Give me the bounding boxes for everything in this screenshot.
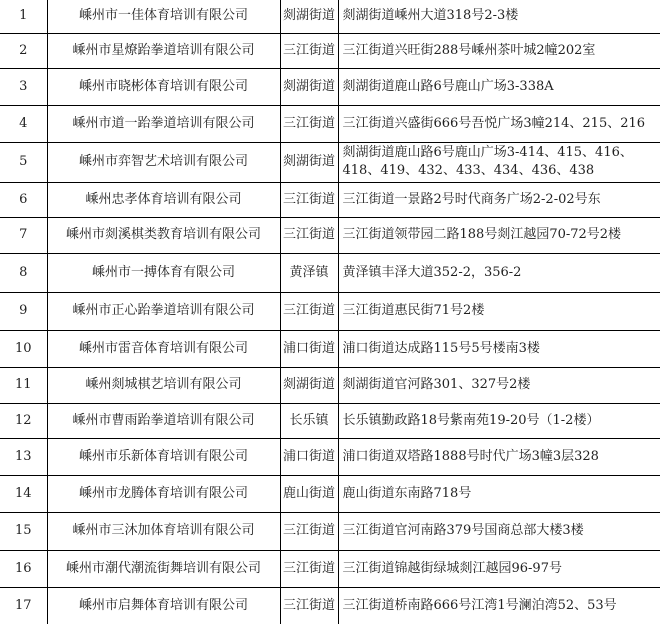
address-cell: 三江街道一景路2号时代商务广场2-2-02号东 — [338, 182, 660, 217]
company-name-cell: 嵊州市晓彬体育培训有限公司 — [47, 68, 280, 105]
address-cell: 剡湖街道鹿山路6号鹿山广场3-414、415、416、418、419、432、4… — [338, 142, 660, 182]
street-cell: 剡湖街道 — [280, 68, 338, 105]
company-name-cell: 嵊州市启舞体育培训有限公司 — [47, 587, 280, 624]
training-companies-table: 1 嵊州市一佳体育培训有限公司 剡湖街道 剡湖街道嵊州大道318号2-3楼 2 … — [0, 0, 660, 624]
row-number-cell: 5 — [0, 142, 47, 182]
table-row: 6 嵊州忠孝体育培训有限公司 三江街道 三江街道一景路2号时代商务广场2-2-0… — [0, 182, 660, 217]
street-cell: 鹿山街道 — [280, 475, 338, 512]
table-row: 17 嵊州市启舞体育培训有限公司 三江街道 三江街道桥南路666号江湾1号澜泊湾… — [0, 587, 660, 624]
company-name-cell: 嵊州市正心跆拳道培训有限公司 — [47, 292, 280, 330]
row-number-cell: 2 — [0, 33, 47, 68]
company-name-cell: 嵊州市三沐加体育培训有限公司 — [47, 512, 280, 550]
company-name-cell: 嵊州忠孝体育培训有限公司 — [47, 182, 280, 217]
row-number-cell: 12 — [0, 403, 47, 438]
company-name-cell: 嵊州市一搏体育有限公司 — [47, 253, 280, 292]
street-cell: 三江街道 — [280, 587, 338, 624]
row-number-cell: 17 — [0, 587, 47, 624]
table-row: 11 嵊州剡城棋艺培训有限公司 剡湖街道 剡湖街道官河路301、327号2楼 — [0, 367, 660, 403]
street-cell: 黄泽镇 — [280, 253, 338, 292]
company-name-cell: 嵊州市弈智艺术培训有限公司 — [47, 142, 280, 182]
street-cell: 三江街道 — [280, 217, 338, 253]
table-row: 1 嵊州市一佳体育培训有限公司 剡湖街道 剡湖街道嵊州大道318号2-3楼 — [0, 0, 660, 33]
row-number-cell: 11 — [0, 367, 47, 403]
address-cell: 三江街道领带园二路188号剡江越园70-72号2楼 — [338, 217, 660, 253]
company-name-cell: 嵊州市剡溪棋类教育培训有限公司 — [47, 217, 280, 253]
table-body: 1 嵊州市一佳体育培训有限公司 剡湖街道 剡湖街道嵊州大道318号2-3楼 2 … — [0, 0, 660, 624]
row-number-cell: 6 — [0, 182, 47, 217]
row-number-cell: 3 — [0, 68, 47, 105]
company-name-cell: 嵊州市龙腾体育培训有限公司 — [47, 475, 280, 512]
address-cell: 三江街道惠民街71号2楼 — [338, 292, 660, 330]
table-row: 8 嵊州市一搏体育有限公司 黄泽镇 黄泽镇丰泽大道352-2，356-2 — [0, 253, 660, 292]
company-name-cell: 嵊州市一佳体育培训有限公司 — [47, 0, 280, 33]
street-cell: 剡湖街道 — [280, 367, 338, 403]
table-row: 15 嵊州市三沐加体育培训有限公司 三江街道 三江街道官河南路379号国商总部大… — [0, 512, 660, 550]
company-name-cell: 嵊州市星燎跆拳道培训有限公司 — [47, 33, 280, 68]
street-cell: 剡湖街道 — [280, 142, 338, 182]
company-name-cell: 嵊州剡城棋艺培训有限公司 — [47, 367, 280, 403]
address-cell: 三江街道兴旺街288号嵊州茶叶城2幢202室 — [338, 33, 660, 68]
row-number-cell: 7 — [0, 217, 47, 253]
address-cell: 长乐镇勤政路18号紫南苑19-20号（1-2楼） — [338, 403, 660, 438]
table-row: 2 嵊州市星燎跆拳道培训有限公司 三江街道 三江街道兴旺街288号嵊州茶叶城2幢… — [0, 33, 660, 68]
address-cell: 剡湖街道官河路301、327号2楼 — [338, 367, 660, 403]
table-row: 7 嵊州市剡溪棋类教育培训有限公司 三江街道 三江街道领带园二路188号剡江越园… — [0, 217, 660, 253]
street-cell: 三江街道 — [280, 292, 338, 330]
row-number-cell: 1 — [0, 0, 47, 33]
row-number-cell: 9 — [0, 292, 47, 330]
company-name-cell: 嵊州市乐新体育培训有限公司 — [47, 438, 280, 475]
address-cell: 三江街道锦越街绿城剡江越园96-97号 — [338, 550, 660, 587]
address-cell: 浦口街道双塔路1888号时代广场3幢3层328 — [338, 438, 660, 475]
street-cell: 长乐镇 — [280, 403, 338, 438]
row-number-cell: 15 — [0, 512, 47, 550]
row-number-cell: 14 — [0, 475, 47, 512]
street-cell: 三江街道 — [280, 512, 338, 550]
address-cell: 黄泽镇丰泽大道352-2，356-2 — [338, 253, 660, 292]
street-cell: 三江街道 — [280, 33, 338, 68]
document-page: 1 嵊州市一佳体育培训有限公司 剡湖街道 剡湖街道嵊州大道318号2-3楼 2 … — [0, 0, 660, 624]
table-row: 16 嵊州市潮代潮流街舞培训有限公司 三江街道 三江街道锦越街绿城剡江越园96-… — [0, 550, 660, 587]
row-number-cell: 8 — [0, 253, 47, 292]
table-row: 3 嵊州市晓彬体育培训有限公司 剡湖街道 剡湖街道鹿山路6号鹿山广场3-338A — [0, 68, 660, 105]
table-row: 10 嵊州市雷音体育培训有限公司 浦口街道 浦口街道达成路115号5号楼南3楼 — [0, 330, 660, 367]
street-cell: 浦口街道 — [280, 330, 338, 367]
company-name-cell: 嵊州市道一跆拳道培训有限公司 — [47, 105, 280, 142]
address-cell: 三江街道桥南路666号江湾1号澜泊湾52、53号 — [338, 587, 660, 624]
row-number-cell: 13 — [0, 438, 47, 475]
company-name-cell: 嵊州市潮代潮流街舞培训有限公司 — [47, 550, 280, 587]
street-cell: 三江街道 — [280, 550, 338, 587]
street-cell: 三江街道 — [280, 105, 338, 142]
table-row: 5 嵊州市弈智艺术培训有限公司 剡湖街道 剡湖街道鹿山路6号鹿山广场3-414、… — [0, 142, 660, 182]
table-row: 13 嵊州市乐新体育培训有限公司 浦口街道 浦口街道双塔路1888号时代广场3幢… — [0, 438, 660, 475]
address-cell: 剡湖街道鹿山路6号鹿山广场3-338A — [338, 68, 660, 105]
table-row: 14 嵊州市龙腾体育培训有限公司 鹿山街道 鹿山街道东南路718号 — [0, 475, 660, 512]
address-cell: 剡湖街道嵊州大道318号2-3楼 — [338, 0, 660, 33]
address-cell: 浦口街道达成路115号5号楼南3楼 — [338, 330, 660, 367]
address-cell: 鹿山街道东南路718号 — [338, 475, 660, 512]
company-name-cell: 嵊州市雷音体育培训有限公司 — [47, 330, 280, 367]
street-cell: 浦口街道 — [280, 438, 338, 475]
row-number-cell: 10 — [0, 330, 47, 367]
table-row: 12 嵊州市曹雨跆拳道培训有限公司 长乐镇 长乐镇勤政路18号紫南苑19-20号… — [0, 403, 660, 438]
address-cell: 三江街道兴盛街666号吾悦广场3幢214、215、216 — [338, 105, 660, 142]
table-row: 9 嵊州市正心跆拳道培训有限公司 三江街道 三江街道惠民街71号2楼 — [0, 292, 660, 330]
address-cell: 三江街道官河南路379号国商总部大楼3楼 — [338, 512, 660, 550]
row-number-cell: 4 — [0, 105, 47, 142]
company-name-cell: 嵊州市曹雨跆拳道培训有限公司 — [47, 403, 280, 438]
street-cell: 剡湖街道 — [280, 0, 338, 33]
table-row: 4 嵊州市道一跆拳道培训有限公司 三江街道 三江街道兴盛街666号吾悦广场3幢2… — [0, 105, 660, 142]
street-cell: 三江街道 — [280, 182, 338, 217]
row-number-cell: 16 — [0, 550, 47, 587]
